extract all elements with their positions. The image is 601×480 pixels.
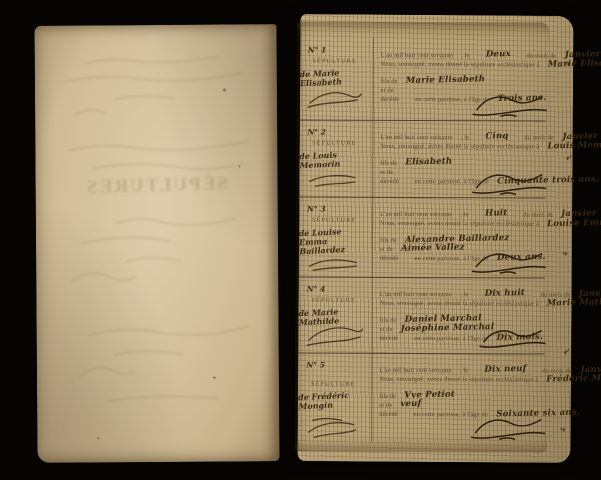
ink-speck [223, 89, 226, 92]
entry-body: L'an mil huit cent soixante, leCinqdu mo… [380, 126, 542, 127]
left-page: SÉPULTURES [34, 24, 279, 463]
margin-flourish-icon [306, 87, 364, 109]
entry-body: L'an mil huit cent soixante, leDix neufd… [379, 359, 541, 360]
ink-speck [238, 165, 240, 167]
form-line2: Nous, soussigné, avons donné la sépultur… [381, 61, 540, 69]
form-decede: décédé [380, 335, 399, 342]
margin-name: de Frédéric Mongin [298, 390, 369, 411]
register-entry: N° 5 SÉPULTURE de Frédéric Mongin L'an m… [295, 358, 547, 443]
entry-heading: SÉPULTURE [299, 217, 369, 223]
entry-heading: SÉPULTURE [300, 58, 370, 64]
edge-ink-mark: ⤶ [562, 345, 569, 357]
signature-flourish-icon [478, 326, 548, 350]
signature-flourish-icon [469, 415, 547, 441]
entry-margin: N° 3 SÉPULTURE de Louise Emma Baillardez [299, 204, 369, 254]
name-handwritten: Marie Mathilde [547, 297, 601, 309]
ink-speck [213, 377, 216, 379]
form-line2: Nous, soussigné, avons donné la sépultur… [380, 220, 539, 228]
entry-separator-rule [297, 352, 544, 354]
entry-separator-rule [298, 196, 545, 198]
entry-body: L'an mil huit cent soixante, leDix huitd… [380, 283, 542, 284]
margin-name: de Louise Emma Baillardez [298, 226, 369, 256]
entry-number: N° 2 [307, 127, 369, 136]
entry-heading: SÉPULTURE [298, 381, 368, 387]
bleedthrough-handwriting [59, 324, 260, 415]
form-decede: décédé [380, 255, 399, 262]
entry-separator-rule [298, 276, 545, 278]
entry-heading: SÉPULTURE [299, 140, 369, 146]
margin-name: de Marie Elisabeth [299, 67, 370, 88]
entry-margin: N° 2 SÉPULTURE de Louis Memorin [299, 127, 369, 168]
register-entry: N° 1 SÉPULTURE de Marie Elisabeth L'an m… [297, 43, 549, 118]
signature-flourish-icon [471, 92, 549, 118]
bleedthrough-handwriting [56, 214, 257, 295]
right-page: N° 1 SÉPULTURE de Marie Elisabeth L'an m… [295, 21, 549, 452]
entry-heading: SÉPULTURE [299, 297, 369, 303]
entry-number: N° 3 [307, 204, 369, 213]
name-handwritten: Frédéric Mongin [546, 373, 601, 385]
edge-ink-mark: ⤷ [561, 247, 568, 259]
bleedthrough-handwriting [53, 139, 258, 180]
form-line2: Nous, soussigné, avons donné la sépultur… [379, 376, 538, 384]
entry-margin: N° 1 SÉPULTURE de Marie Elisabeth [300, 45, 370, 86]
register-entry: N° 2 SÉPULTURE de Louis Memorin L'an mil… [296, 125, 548, 194]
form-decede: décédé [379, 411, 398, 418]
ink-speck [97, 437, 99, 439]
form-line2: Nous, soussigné, avons donné la sépultur… [380, 300, 539, 308]
entry-number: N° 1 [308, 46, 370, 55]
parent1-handwritten: Marie Elisabeth [406, 74, 486, 86]
book-scan: SÉPULTURES [0, 0, 601, 480]
name-handwritten: Louise Emma Baillardez [547, 216, 601, 229]
entry-number: N° 5 [306, 360, 368, 369]
edge-ink-mark: ⤷ [558, 423, 565, 435]
entry-margin: N° 4 SÉPULTURE de Marie Mathilde [299, 284, 369, 325]
margin-flourish-icon [305, 167, 363, 189]
entry-separator-rule [299, 119, 546, 121]
margin-flourish-icon [305, 254, 363, 272]
margin-flourish-icon [304, 412, 362, 440]
form-decede: décédé [380, 178, 399, 185]
name-handwritten: Marie Elisabeth [548, 58, 601, 70]
name-handwritten: Louis Memorin [547, 140, 601, 152]
entry-body: L'an mil huit cent soixante, leHuitdu mo… [380, 203, 542, 204]
form-decede: décédé [381, 96, 400, 103]
margin-flourish-icon [305, 322, 365, 348]
signature-flourish-icon [470, 170, 548, 196]
register-entry: N° 4 SÉPULTURE de Marie Mathilde L'an mi… [296, 282, 548, 350]
register-entry: N° 3 SÉPULTURE de Louise Emma Baillardez… [296, 202, 548, 274]
parent1-handwritten: Elisabeth [405, 157, 452, 168]
form-line2: Nous, soussigné, avons donné la sépultur… [380, 143, 539, 151]
entry-margin: N° 5 SÉPULTURE de Frédéric Mongin [298, 360, 368, 409]
entry-body: L'an mil huit cent soixante, leDeuxdu mo… [381, 44, 543, 45]
entry-number: N° 4 [307, 284, 369, 293]
signature-flourish-icon [470, 249, 548, 275]
